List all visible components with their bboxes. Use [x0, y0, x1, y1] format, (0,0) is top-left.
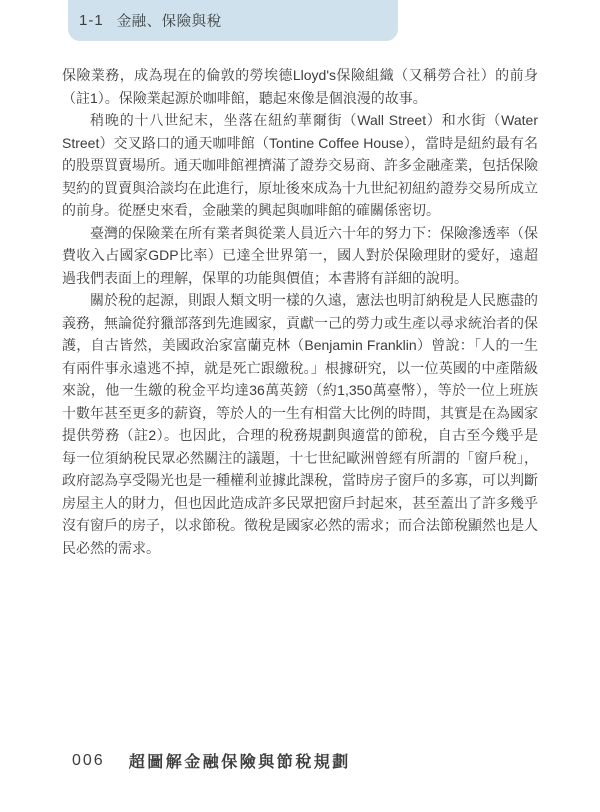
paragraph: 稍晚的十八世紀末，坐落在紐約華爾街（Wall Street）和水街（Water …	[62, 109, 538, 222]
page-footer: 006 超圖解金融保險與節稅規劃	[72, 749, 351, 772]
paragraph: 關於稅的起源，則跟人類文明一樣的久遠，憲法也明訂納稅是人民應盡的義務，無論從狩獵…	[62, 289, 538, 559]
section-header: 1-1 金融、保險與稅	[68, 0, 398, 41]
paragraph: 臺灣的保險業在所有業者與從業人員近六十年的努力下：保險滲透率（保費收入占國家GD…	[62, 222, 538, 290]
body-text: 保險業務，成為現在的倫敦的勞埃德Lloyd's保險組織（又稱勞合社）的前身（註1…	[62, 64, 538, 559]
book-title: 超圖解金融保險與節稅規劃	[129, 749, 351, 772]
page-number: 006	[72, 752, 105, 770]
section-title: 金融、保險與稅	[117, 10, 222, 31]
paragraph: 保險業務，成為現在的倫敦的勞埃德Lloyd's保險組織（又稱勞合社）的前身（註1…	[62, 64, 538, 109]
section-number: 1-1	[79, 12, 104, 29]
